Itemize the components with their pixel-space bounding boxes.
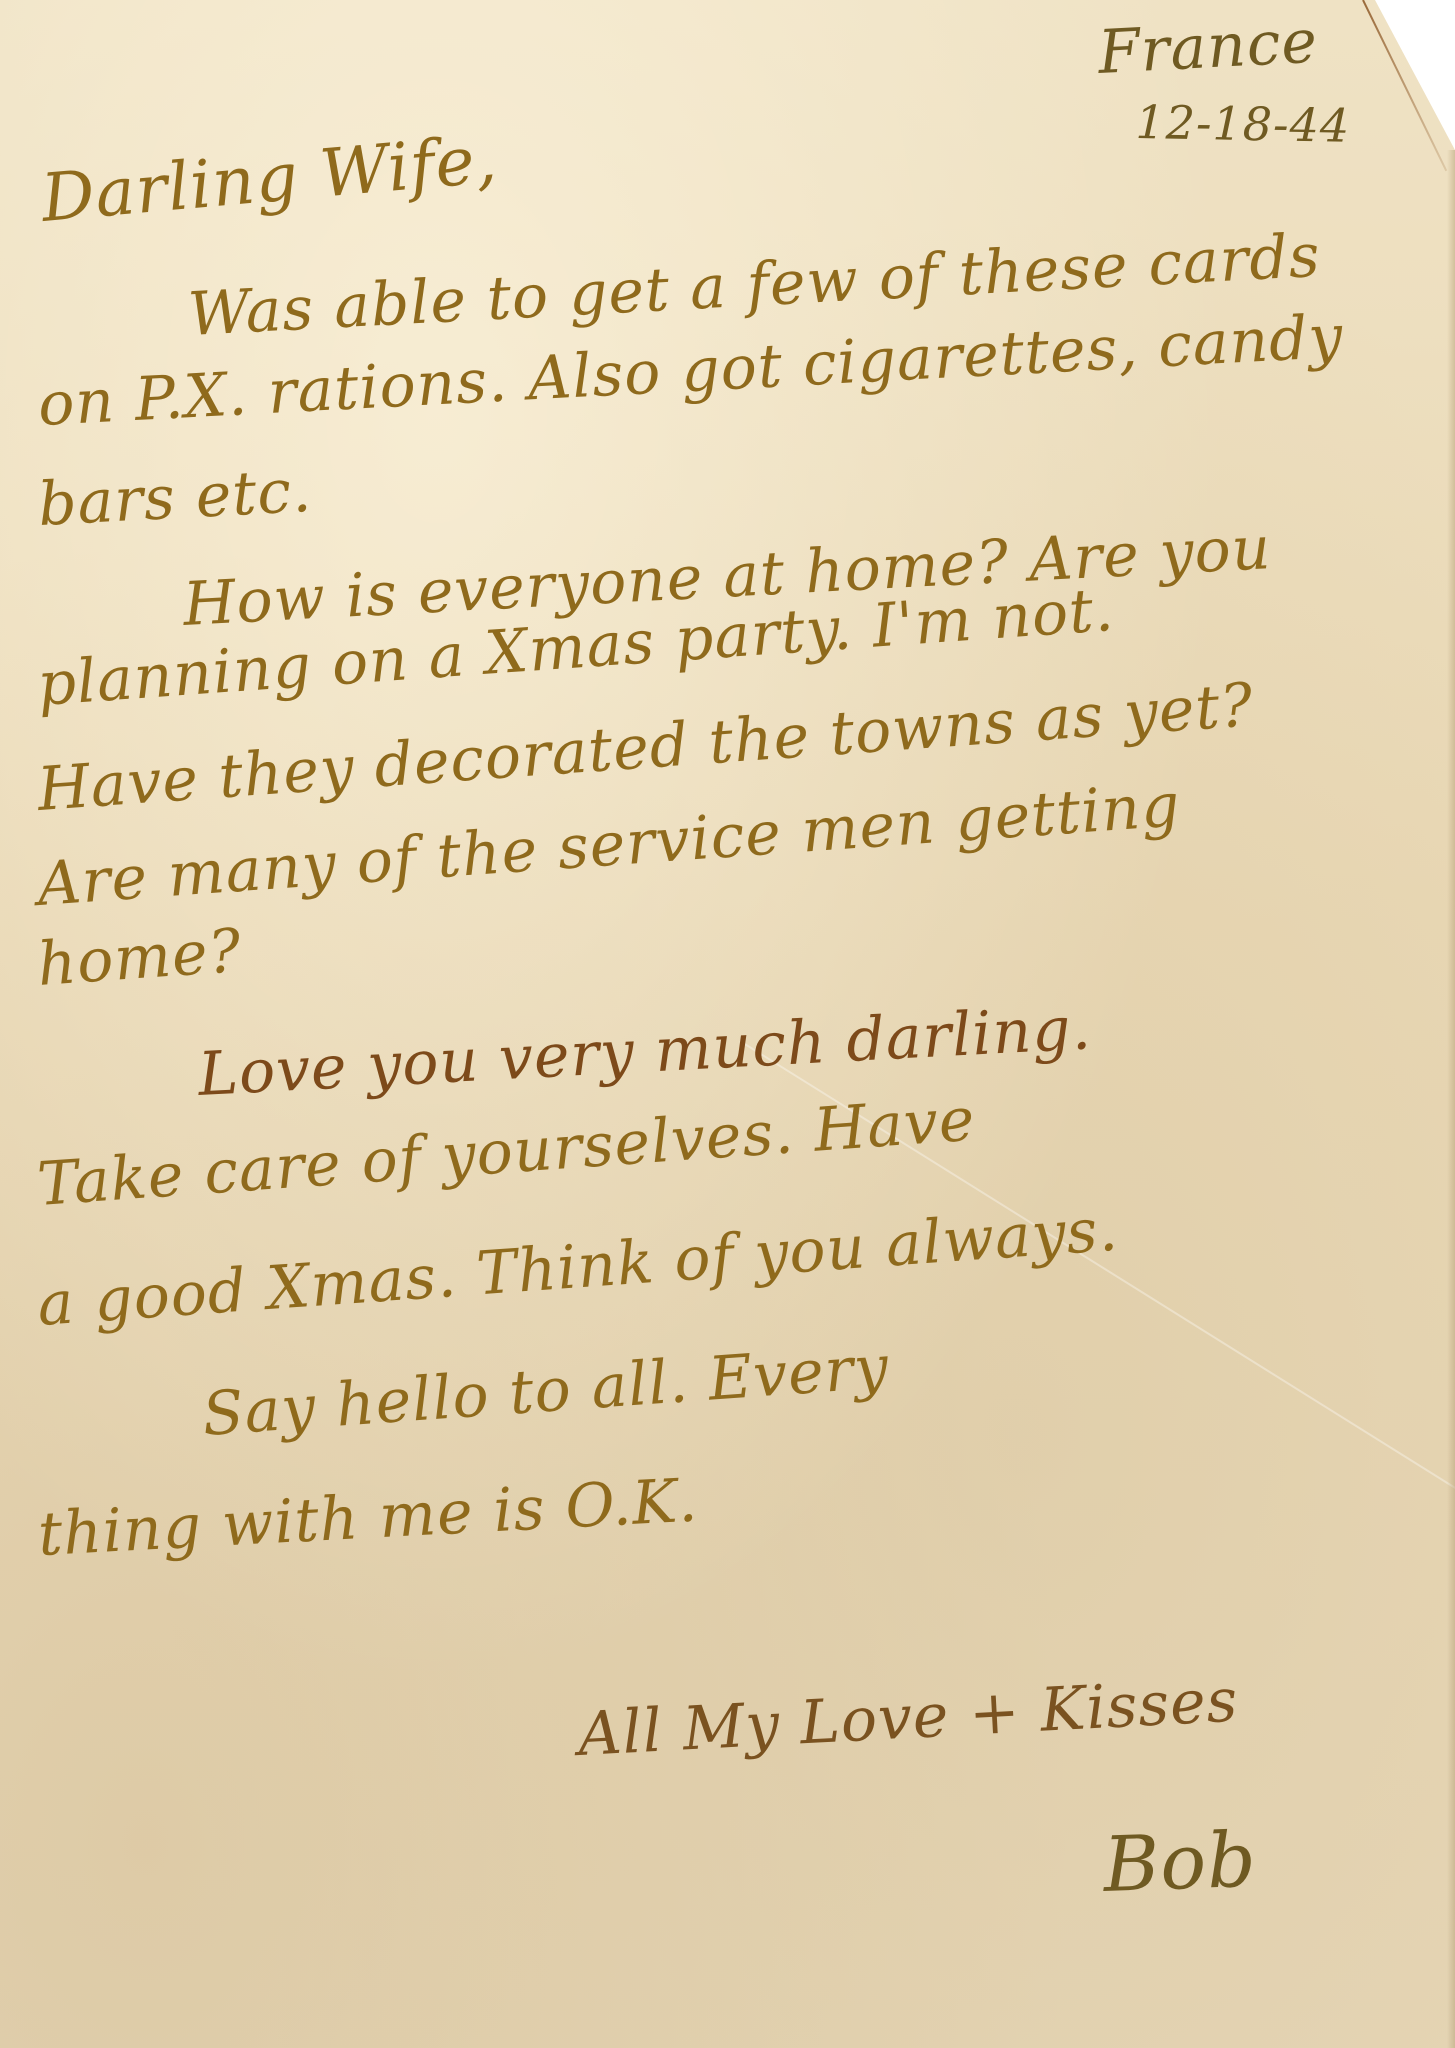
body-line: Take care of yourselves. Have [35, 1085, 977, 1220]
letter-paper: France 12-18-44 Darling Wife, Was able t… [0, 0, 1455, 2048]
signature: Bob [1102, 1815, 1258, 1909]
body-line: bars etc. [36, 456, 313, 540]
folded-corner [1375, 0, 1455, 150]
salutation: Darling Wife, [38, 120, 500, 237]
letter-date: 12-18-44 [1135, 95, 1351, 153]
letter-place: France [1096, 7, 1319, 88]
body-line: home? [35, 916, 244, 1000]
paper-edge-shadow [1447, 150, 1455, 2048]
body-line: Say hello to all. Every [200, 1332, 891, 1450]
body-line: thing with me is O.K. [36, 1466, 699, 1570]
closing: All My Love + Kisses [576, 1666, 1240, 1770]
body-line: a good Xmas. Think of you always. [35, 1195, 1120, 1340]
